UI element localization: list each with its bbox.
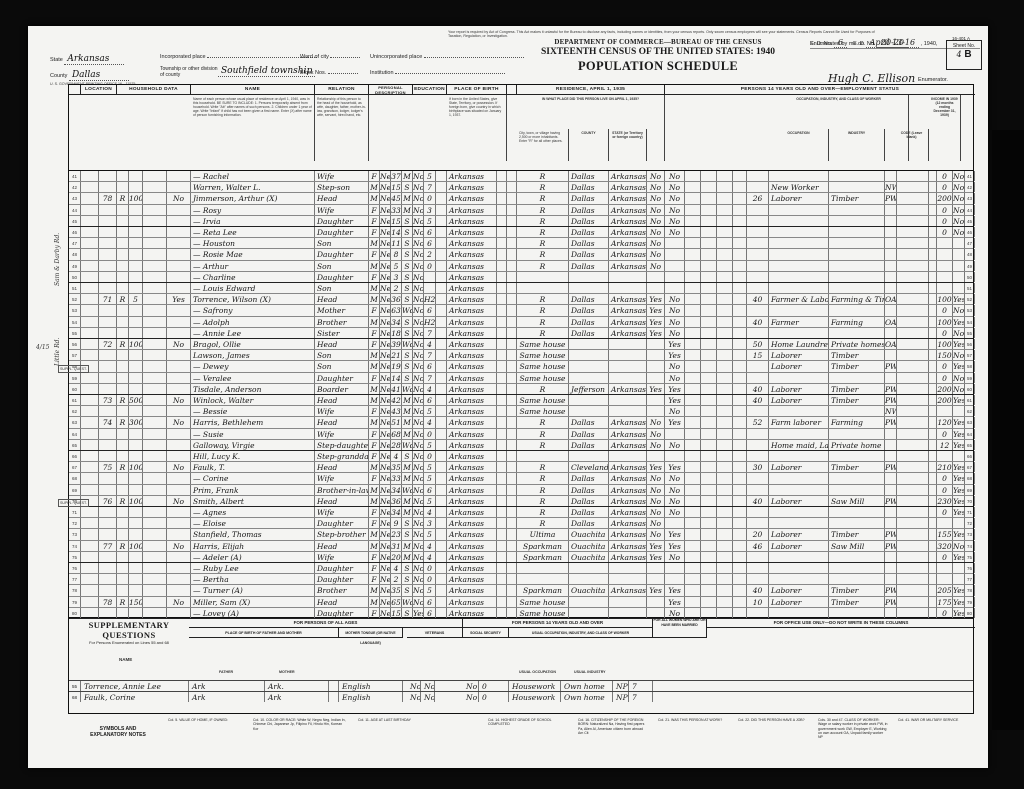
cell-cit bbox=[507, 608, 517, 618]
supp-cell-usual-occ: Housework bbox=[509, 681, 561, 691]
cell-birth: Arkansas bbox=[447, 563, 497, 573]
cell-e24 bbox=[717, 507, 733, 517]
cell-relation: Head bbox=[315, 294, 369, 304]
cell-grade: 2 bbox=[424, 249, 436, 259]
table-row: 6374R300NoHarris, BethlehemHeadMNeg51MNo… bbox=[69, 417, 973, 428]
cell-marital: M bbox=[402, 507, 413, 517]
cell-own bbox=[129, 473, 143, 483]
supp-col-father: FATHER bbox=[219, 670, 233, 674]
cell-e24 bbox=[717, 283, 733, 293]
cell-marital: S bbox=[402, 328, 413, 338]
cell-ind bbox=[829, 451, 885, 461]
cell-race: Neg bbox=[380, 350, 391, 360]
cell-own bbox=[129, 608, 143, 618]
cell-ind bbox=[829, 238, 885, 248]
cell-age: 43 bbox=[391, 406, 402, 416]
cell-e23 bbox=[701, 249, 717, 259]
group-relation: RELATION bbox=[315, 85, 369, 95]
supp-group-14-over: FOR PERSONS 14 YEARS OLD AND OVER bbox=[463, 618, 653, 628]
cell-value bbox=[143, 552, 167, 562]
cell-marital: S bbox=[402, 249, 413, 259]
supp-cell-vet1: No bbox=[407, 681, 421, 691]
cell-num bbox=[117, 205, 129, 215]
cell-own: 100 bbox=[129, 496, 143, 506]
cell-wk: 40 bbox=[747, 384, 769, 394]
cell-house: 76 bbox=[99, 496, 117, 506]
cell-occ bbox=[769, 305, 829, 315]
cell-e23 bbox=[701, 216, 717, 226]
cell-emp: No bbox=[665, 216, 685, 226]
cell-e22 bbox=[685, 317, 701, 327]
cell-value bbox=[143, 541, 167, 551]
cell-wk bbox=[747, 249, 769, 259]
cell-farm35 bbox=[647, 406, 665, 416]
cell-weeks bbox=[929, 283, 937, 293]
cell-oth: Yes bbox=[953, 294, 965, 304]
cell-class: OA bbox=[885, 317, 897, 327]
cell-cit bbox=[507, 283, 517, 293]
cell-num bbox=[117, 563, 129, 573]
cell-code bbox=[897, 585, 929, 595]
cell-oth: Yes bbox=[953, 417, 965, 427]
cell-class bbox=[885, 238, 897, 248]
cell-e23 bbox=[701, 227, 717, 237]
cell-farm bbox=[167, 238, 191, 248]
cell-school: No bbox=[413, 350, 424, 360]
cell-marital: S bbox=[402, 574, 413, 584]
cell-e23 bbox=[701, 563, 717, 573]
cell-street bbox=[81, 507, 99, 517]
cell-street bbox=[81, 429, 99, 439]
cell-ln2: 53 bbox=[965, 305, 975, 315]
cell-ind: Timber bbox=[829, 193, 885, 203]
cell-name: — Annie Lee bbox=[191, 328, 315, 338]
cell-street bbox=[81, 283, 99, 293]
cell-emp: No bbox=[665, 227, 685, 237]
supp-col-usual-occ: USUAL OCCUPATION bbox=[519, 670, 556, 674]
cell-res-city: R bbox=[517, 227, 569, 237]
cell-farm: No bbox=[167, 193, 191, 203]
group-name: NAME bbox=[191, 85, 315, 95]
cell-ln2: 46 bbox=[965, 227, 975, 237]
cell-oth bbox=[953, 563, 965, 573]
cell-num: R bbox=[117, 417, 129, 427]
supp-cell-ss2: 0 bbox=[479, 681, 509, 691]
cell-occ: Farmer bbox=[769, 317, 829, 327]
cell-farm35: Yes bbox=[647, 552, 665, 562]
cell-bcode bbox=[497, 216, 507, 226]
cell-res-city: Same house bbox=[517, 597, 569, 607]
cell-own bbox=[129, 552, 143, 562]
cell-line: 46 bbox=[69, 227, 81, 237]
cell-emp bbox=[665, 261, 685, 271]
note-col5: Col. 5. VALUE OF HOME, IF OWNED: bbox=[168, 718, 248, 722]
cell-occ: Laborer bbox=[769, 395, 829, 405]
cell-code bbox=[897, 328, 929, 338]
cell-cit bbox=[507, 451, 517, 461]
cell-cit bbox=[507, 417, 517, 427]
cell-marital: M bbox=[402, 496, 413, 506]
cell-e25 bbox=[733, 317, 747, 327]
enumerator-label: Enumerator. bbox=[918, 77, 948, 83]
cell-farm35 bbox=[647, 339, 665, 349]
cell-value bbox=[143, 585, 167, 595]
cell-sex: M bbox=[369, 485, 380, 495]
cell-num: R bbox=[117, 541, 129, 551]
cell-code bbox=[897, 305, 929, 315]
cell-res-city: Same house bbox=[517, 361, 569, 371]
cell-marital: S bbox=[402, 317, 413, 327]
cell-cit bbox=[507, 193, 517, 203]
ward-field: Ward of city bbox=[300, 54, 360, 60]
cell-street bbox=[81, 552, 99, 562]
cell-farm35: No bbox=[647, 440, 665, 450]
cell-res-county: Dallas bbox=[569, 417, 609, 427]
cell-ln2: 48 bbox=[965, 249, 975, 259]
cell-res-county: Dallas bbox=[569, 507, 609, 517]
cell-ln2: 74 bbox=[965, 541, 975, 551]
cell-name: — Louis Edward bbox=[191, 283, 315, 293]
cell-blank bbox=[436, 193, 447, 203]
cell-e25 bbox=[733, 395, 747, 405]
cell-weeks bbox=[929, 373, 937, 383]
cell-value bbox=[143, 395, 167, 405]
cell-farm35: No bbox=[647, 182, 665, 192]
cell-e25 bbox=[733, 261, 747, 271]
cell-relation: Boarder bbox=[315, 384, 369, 394]
table-row: 69Prim, FrankBrother-in-lawMNeg34WdNo6Ar… bbox=[69, 485, 973, 496]
cell-age: 15 bbox=[391, 216, 402, 226]
cell-house bbox=[99, 328, 117, 338]
cell-grade: 6 bbox=[424, 485, 436, 495]
cell-res-city: R bbox=[517, 384, 569, 394]
cell-cit bbox=[507, 373, 517, 383]
supp-col-name: NAME bbox=[119, 658, 132, 662]
cell-res-county: Dallas bbox=[569, 171, 609, 181]
cell-e22 bbox=[685, 339, 701, 349]
cell-age: 37 bbox=[391, 171, 402, 181]
cell-farm bbox=[167, 171, 191, 181]
cell-code bbox=[897, 440, 929, 450]
cell-res-state: Arkansas bbox=[609, 529, 647, 539]
cell-e22 bbox=[685, 507, 701, 517]
cell-sex: M bbox=[369, 317, 380, 327]
cell-street bbox=[81, 462, 99, 472]
cell-inc: 100 bbox=[937, 339, 953, 349]
cell-relation: Wife bbox=[315, 473, 369, 483]
cell-line: 61 bbox=[69, 395, 81, 405]
cell-e24 bbox=[717, 350, 733, 360]
margin-note-road-2: Little Rd. bbox=[54, 338, 61, 366]
cell-num bbox=[117, 529, 129, 539]
department-title: DEPARTMENT OF COMMERCE—BUREAU OF THE CEN… bbox=[498, 38, 818, 46]
cell-e22 bbox=[685, 294, 701, 304]
cell-farm35: Yes bbox=[647, 317, 665, 327]
cell-value bbox=[143, 294, 167, 304]
cell-res-state bbox=[609, 608, 647, 618]
cell-farm35 bbox=[647, 395, 665, 405]
cell-oth bbox=[953, 451, 965, 461]
cell-e23 bbox=[701, 485, 717, 495]
cell-e22 bbox=[685, 283, 701, 293]
cell-bcode bbox=[497, 350, 507, 360]
cell-grade: 4 bbox=[424, 417, 436, 427]
cell-farm35: Yes bbox=[647, 305, 665, 315]
cell-code bbox=[897, 350, 929, 360]
cell-farm35: No bbox=[647, 238, 665, 248]
cell-cit bbox=[507, 529, 517, 539]
cell-e24 bbox=[717, 473, 733, 483]
cell-wk: 15 bbox=[747, 350, 769, 360]
cell-e23 bbox=[701, 238, 717, 248]
margin-note-date: 4/15 bbox=[36, 344, 49, 351]
cell-name: Jimmerson, Arthur (X) bbox=[191, 193, 315, 203]
cell-weeks bbox=[929, 417, 937, 427]
cell-code bbox=[897, 451, 929, 461]
cell-value bbox=[143, 350, 167, 360]
cell-sex: M bbox=[369, 261, 380, 271]
cell-cit bbox=[507, 597, 517, 607]
cell-oth: Yes bbox=[953, 496, 965, 506]
cell-ln2: 65 bbox=[965, 440, 975, 450]
cell-sex: F bbox=[369, 608, 380, 618]
cell-line: 75 bbox=[69, 552, 81, 562]
cell-num bbox=[117, 305, 129, 315]
cell-relation: Step-son bbox=[315, 182, 369, 192]
cell-cit bbox=[507, 574, 517, 584]
cell-name: — Turner (A) bbox=[191, 585, 315, 595]
group-location: LOCATION bbox=[81, 85, 117, 95]
cell-street bbox=[81, 227, 99, 237]
cell-blank bbox=[436, 317, 447, 327]
cell-line: 52 bbox=[69, 294, 81, 304]
cell-ln2: 78 bbox=[965, 585, 975, 595]
cell-marital: Wd bbox=[402, 384, 413, 394]
cell-farm: Yes bbox=[167, 294, 191, 304]
cell-e23 bbox=[701, 272, 717, 282]
cell-sex: M bbox=[369, 597, 380, 607]
cell-e24 bbox=[717, 193, 733, 203]
cell-oth bbox=[953, 249, 965, 259]
cell-res-city: R bbox=[517, 182, 569, 192]
cell-sex: F bbox=[369, 249, 380, 259]
cell-birth: Arkansas bbox=[447, 216, 497, 226]
cell-ln2: 52 bbox=[965, 294, 975, 304]
cell-value bbox=[143, 193, 167, 203]
cell-own bbox=[129, 249, 143, 259]
cell-ln2: 71 bbox=[965, 507, 975, 517]
cell-marital: Wd bbox=[402, 339, 413, 349]
cell-e24 bbox=[717, 238, 733, 248]
block-label: Block Nos. bbox=[300, 70, 326, 76]
cell-name: — Ruby Lee bbox=[191, 563, 315, 573]
cell-e25 bbox=[733, 518, 747, 528]
cell-num: R bbox=[117, 462, 129, 472]
cell-value bbox=[143, 429, 167, 439]
cell-house bbox=[99, 305, 117, 315]
cell-ind: Timber bbox=[829, 384, 885, 394]
cell-e25 bbox=[733, 193, 747, 203]
group-education: EDUCATION bbox=[413, 85, 447, 95]
cell-birth: Arkansas bbox=[447, 429, 497, 439]
cell-e24 bbox=[717, 317, 733, 327]
supp-cell-line: 68 bbox=[69, 692, 81, 702]
cell-occ bbox=[769, 451, 829, 461]
cell-class bbox=[885, 440, 897, 450]
cell-relation: Head bbox=[315, 193, 369, 203]
cell-grade: 3 bbox=[424, 518, 436, 528]
cell-relation: Son bbox=[315, 283, 369, 293]
cell-line: 53 bbox=[69, 305, 81, 315]
cell-farm35 bbox=[647, 283, 665, 293]
cell-grade: H2 bbox=[424, 317, 436, 327]
supp-cell-ss2: 0 bbox=[479, 692, 509, 702]
cell-ind: Farming bbox=[829, 417, 885, 427]
cell-occ: Laborer bbox=[769, 496, 829, 506]
cell-value bbox=[143, 361, 167, 371]
cell-res-county bbox=[569, 451, 609, 461]
cell-sex: F bbox=[369, 305, 380, 315]
state-value: Arkansas bbox=[64, 54, 124, 65]
cell-race: Neg bbox=[380, 216, 391, 226]
cell-inc: 12 bbox=[937, 440, 953, 450]
cell-blank bbox=[436, 361, 447, 371]
cell-relation: Wife bbox=[315, 507, 369, 517]
cell-e23 bbox=[701, 261, 717, 271]
cell-occ bbox=[769, 406, 829, 416]
cell-wk bbox=[747, 451, 769, 461]
cell-res-county bbox=[569, 361, 609, 371]
cell-e24 bbox=[717, 261, 733, 271]
cell-e23 bbox=[701, 406, 717, 416]
cell-own bbox=[129, 373, 143, 383]
cell-own bbox=[129, 182, 143, 192]
cell-code bbox=[897, 384, 929, 394]
cell-sex: F bbox=[369, 440, 380, 450]
cell-name: Bragol, Ollie bbox=[191, 339, 315, 349]
table-row: 42Warren, Walter L.Step-sonMNeg15SNo7Ark… bbox=[69, 182, 973, 193]
cell-oth bbox=[953, 406, 965, 416]
cell-inc: 0 bbox=[937, 485, 953, 495]
cell-cit bbox=[507, 440, 517, 450]
cell-value bbox=[143, 305, 167, 315]
cell-res-city: R bbox=[517, 518, 569, 528]
cell-code bbox=[897, 171, 929, 181]
cell-line: 80 bbox=[69, 608, 81, 618]
cell-school: No bbox=[413, 227, 424, 237]
cell-house bbox=[99, 507, 117, 517]
cell-birth: Arkansas bbox=[447, 574, 497, 584]
cell-school: No bbox=[413, 451, 424, 461]
cell-bcode bbox=[497, 507, 507, 517]
cell-ln2: 50 bbox=[965, 272, 975, 282]
cell-bcode bbox=[497, 574, 507, 584]
cell-blank bbox=[436, 429, 447, 439]
cell-code bbox=[897, 462, 929, 472]
cell-sex: F bbox=[369, 328, 380, 338]
cell-house bbox=[99, 317, 117, 327]
cell-oth: No bbox=[953, 182, 965, 192]
cell-farm35: Yes bbox=[647, 541, 665, 551]
cell-res-state: Arkansas bbox=[609, 216, 647, 226]
cell-emp bbox=[665, 518, 685, 528]
cell-oth: No bbox=[953, 216, 965, 226]
cell-res-state: Arkansas bbox=[609, 552, 647, 562]
cell-farm35 bbox=[647, 608, 665, 618]
cell-code bbox=[897, 563, 929, 573]
cell-cit bbox=[507, 585, 517, 595]
cell-code bbox=[897, 373, 929, 383]
cell-sex: F bbox=[369, 518, 380, 528]
cell-res-state: Arkansas bbox=[609, 328, 647, 338]
cell-blank bbox=[436, 451, 447, 461]
cell-race: Neg bbox=[380, 294, 391, 304]
cell-num bbox=[117, 249, 129, 259]
cell-house bbox=[99, 485, 117, 495]
cell-race: Neg bbox=[380, 238, 391, 248]
cell-value bbox=[143, 507, 167, 517]
scan-border bbox=[992, 130, 1024, 730]
table-row: 49— ArthurSonMNeg5SNo0ArkansasRDallasArk… bbox=[69, 261, 973, 272]
cell-ind bbox=[829, 574, 885, 584]
cell-line: 57 bbox=[69, 350, 81, 360]
cell-age: 33 bbox=[391, 473, 402, 483]
cell-cit bbox=[507, 507, 517, 517]
cell-oth: No bbox=[953, 350, 965, 360]
cell-oth: Yes bbox=[953, 395, 965, 405]
cell-race: Neg bbox=[380, 563, 391, 573]
cell-value bbox=[143, 462, 167, 472]
cell-line: 69 bbox=[69, 485, 81, 495]
cell-e24 bbox=[717, 328, 733, 338]
schedule-title: POPULATION SCHEDULE bbox=[498, 59, 818, 74]
supp-cell-code0 bbox=[329, 692, 339, 702]
cell-farm: No bbox=[167, 541, 191, 551]
cell-ind bbox=[829, 205, 885, 215]
supp-cell-usual-ind: Own home bbox=[561, 692, 613, 702]
cell-grade: 5 bbox=[424, 216, 436, 226]
note-col41: Col. 41. WAR OR MILITARY SERVICE bbox=[898, 718, 968, 722]
note-col14: Col. 14. HIGHEST GRADE OF SCHOOL COMPLET… bbox=[488, 718, 568, 727]
cell-value bbox=[143, 496, 167, 506]
cell-e22 bbox=[685, 205, 701, 215]
cell-ind bbox=[829, 328, 885, 338]
cell-weeks bbox=[929, 429, 937, 439]
cell-e23 bbox=[701, 171, 717, 181]
cell-res-state: Arkansas bbox=[609, 541, 647, 551]
column-headers: LOCATION HOUSEHOLD DATA NAME RELATION PE… bbox=[69, 85, 973, 171]
cell-res-state: Arkansas bbox=[609, 305, 647, 315]
cell-ind bbox=[829, 552, 885, 562]
cell-farm: No bbox=[167, 496, 191, 506]
cell-house bbox=[99, 585, 117, 595]
cell-house bbox=[99, 429, 117, 439]
supp-row: 68Faulk, CorineArkArkEnglishNoNoNo0House… bbox=[69, 691, 973, 702]
cell-name: Stanfield, Thomas bbox=[191, 529, 315, 539]
cell-ln2: 44 bbox=[965, 205, 975, 215]
cell-street bbox=[81, 417, 99, 427]
cell-line: 49 bbox=[69, 261, 81, 271]
cell-wk: 40 bbox=[747, 317, 769, 327]
supp-cell-vet1: No bbox=[407, 692, 421, 702]
cell-inc: 120 bbox=[937, 417, 953, 427]
cell-inc bbox=[937, 406, 953, 416]
cell-marital: M bbox=[402, 541, 413, 551]
cell-res-city bbox=[517, 563, 569, 573]
cell-line: 43 bbox=[69, 193, 81, 203]
cell-res-county: Dallas bbox=[569, 429, 609, 439]
cell-marital: S bbox=[402, 529, 413, 539]
